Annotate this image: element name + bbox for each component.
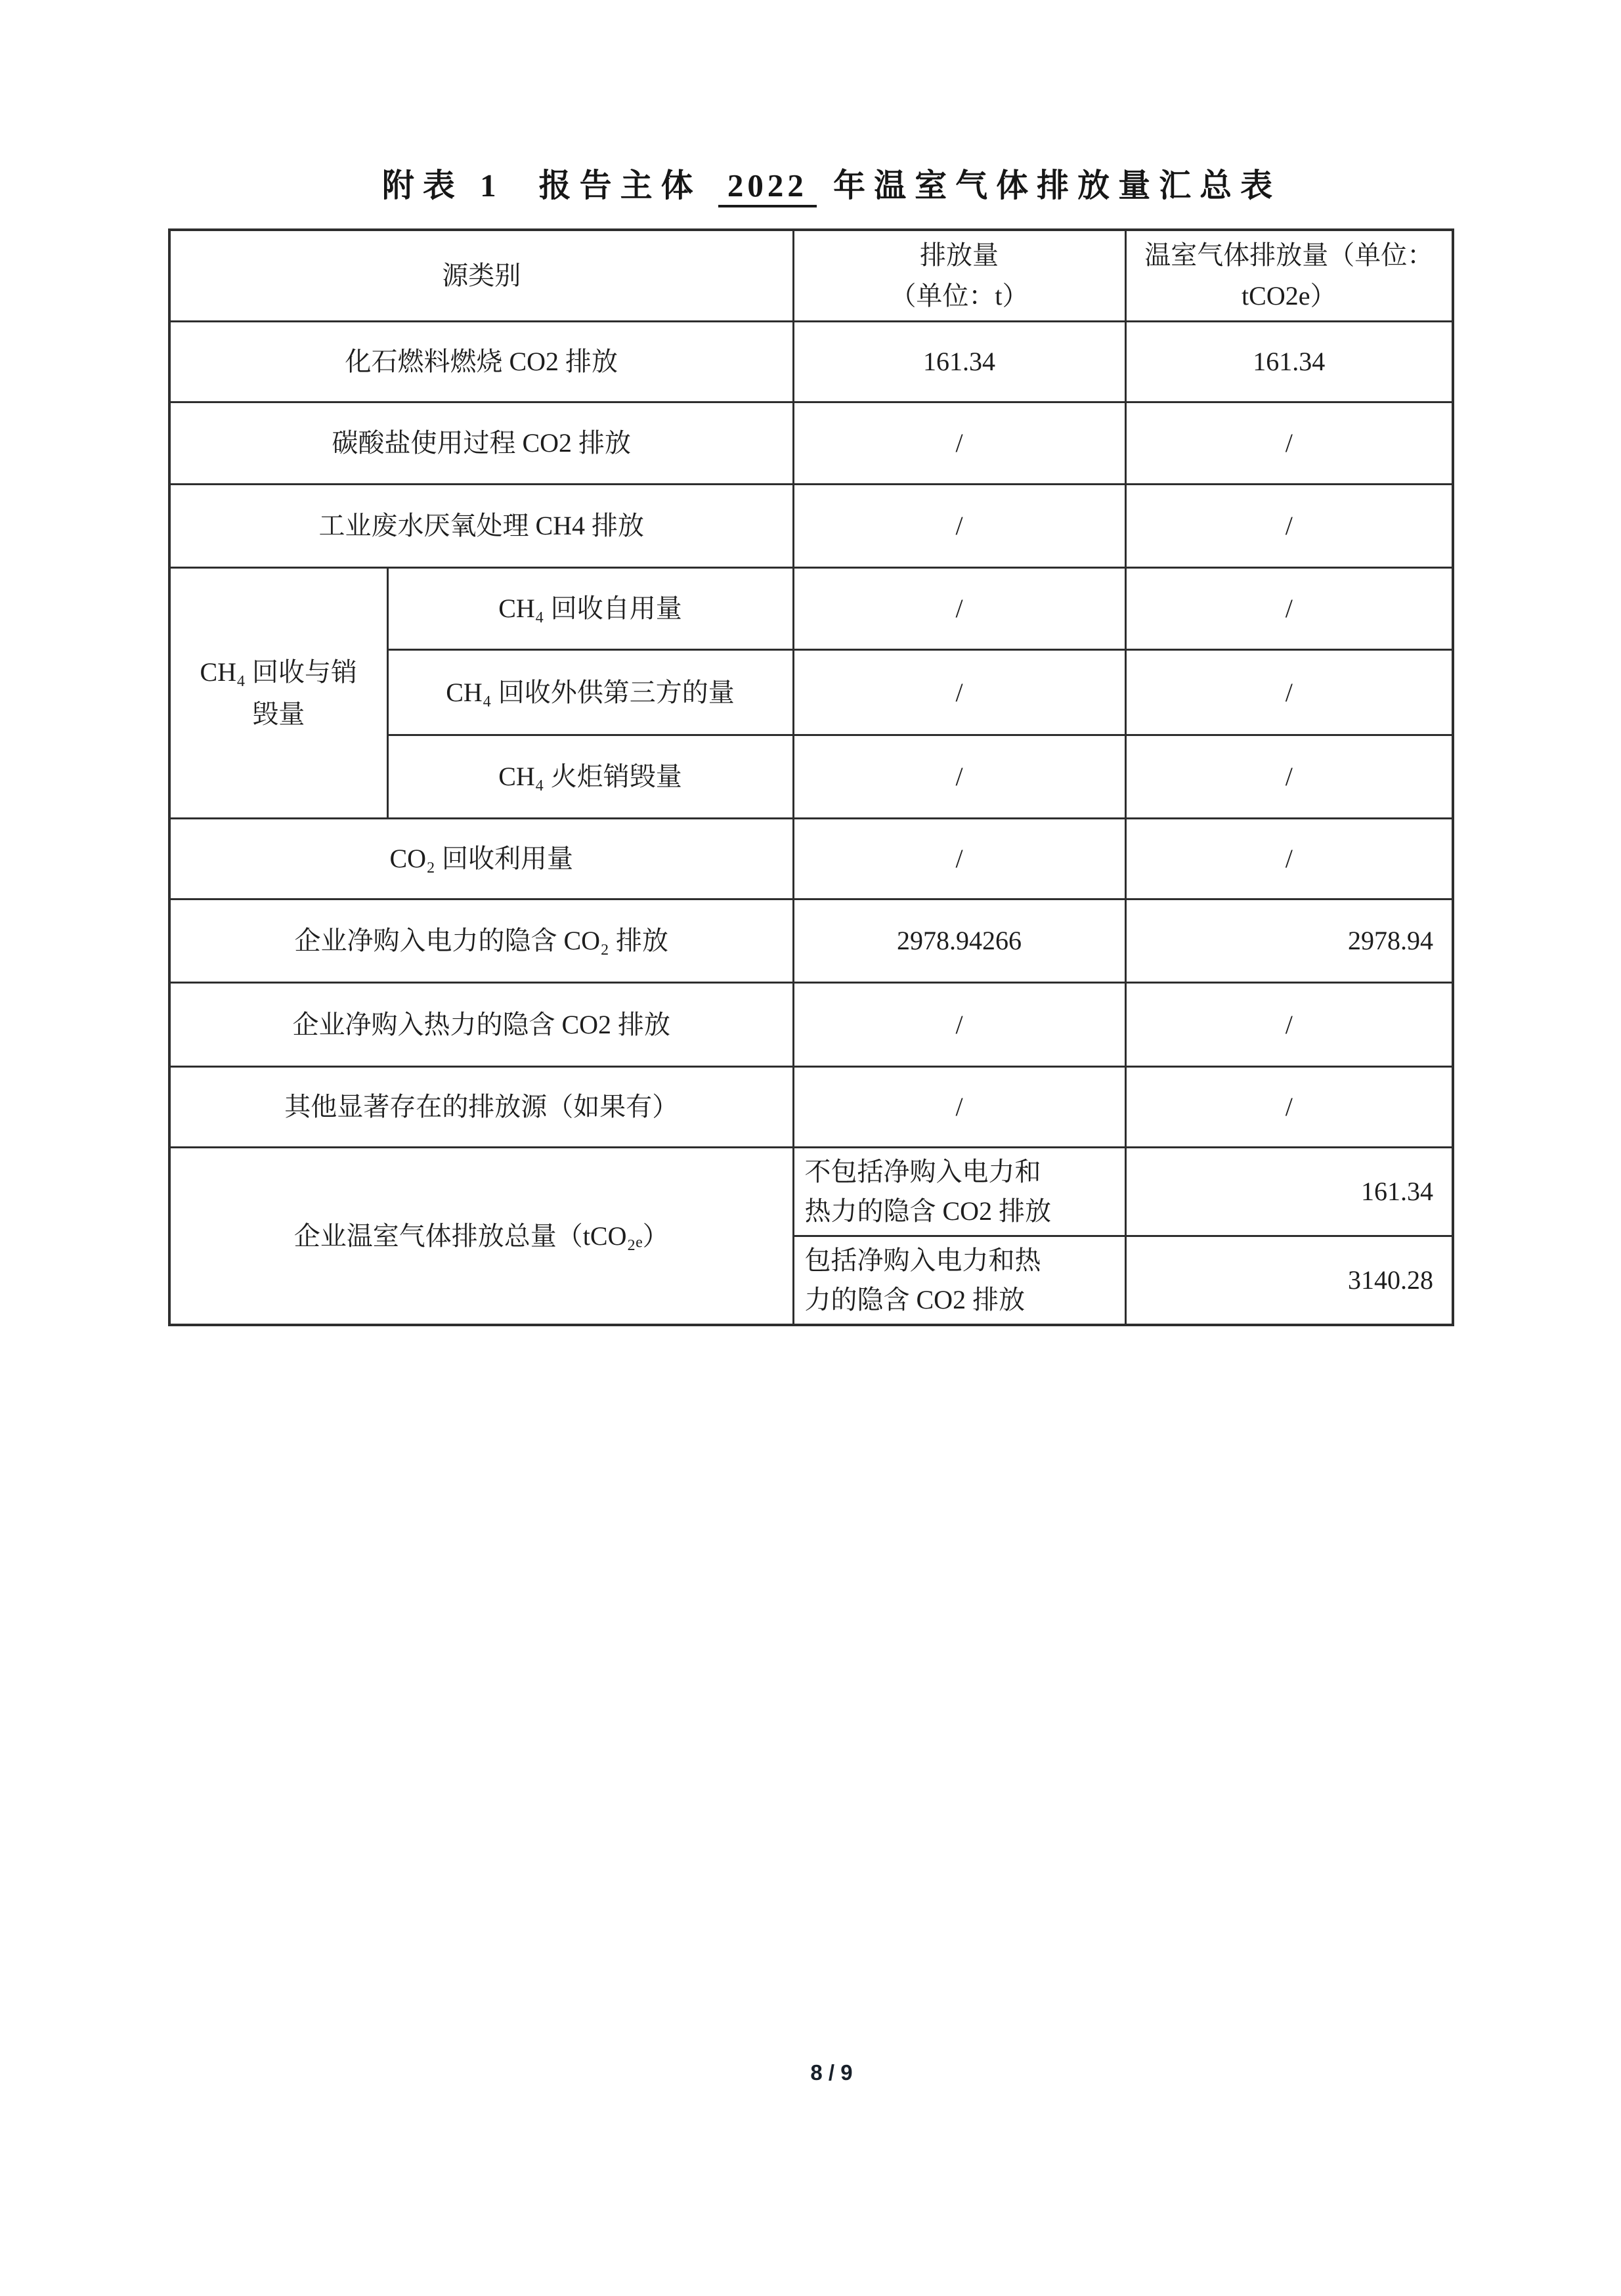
row-label: 工业废水厌氧处理 CH4 排放 (169, 485, 793, 568)
emission-value: / (793, 485, 1125, 568)
table-row-total-excluding: 企业温室气体排放总量（tCO₂ₑ） 不包括净购入电力和热力的隐含 CO2 排放 … (169, 1148, 1453, 1236)
ghg-value: / (1125, 983, 1453, 1067)
ghg-value: / (1125, 1067, 1453, 1148)
emission-value: / (793, 983, 1125, 1067)
table-row-fossil-fuel: 化石燃料燃烧 CO2 排放 161.34 161.34 (169, 322, 1453, 402)
title-body: 报告主体 (539, 167, 702, 204)
total-excl-label: 不包括净购入电力和热力的隐含 CO2 排放 (793, 1148, 1125, 1236)
total-incl-label-text: 包括净购入电力和热力的隐含 CO2 排放 (805, 1241, 1062, 1320)
page-number: 8 / 9 (42, 2060, 1621, 2085)
ghg-value: / (1125, 485, 1453, 568)
ghg-value: / (1125, 402, 1453, 485)
total-group-label: 企业温室气体排放总量（tCO₂ₑ） (169, 1148, 793, 1326)
ghg-value: / (1125, 650, 1453, 735)
page-title: 附表 1报告主体 2022 年温室气体排放量汇总表 (42, 160, 1621, 206)
row-label: 企业净购入电力的隐含 CO₂ 排放 (169, 899, 793, 983)
ch4-group-label: CH₄ 回收与销毁量 (169, 568, 387, 819)
header-emission-line2: （单位：t） (801, 276, 1118, 316)
table-row-net-heat: 企业净购入热力的隐含 CO2 排放 / / (169, 983, 1453, 1067)
row-label: 碳酸盐使用过程 CO2 排放 (169, 402, 793, 485)
ghg-value: 161.34 (1125, 1148, 1453, 1236)
table-row-co2-recovery: CO₂ 回收利用量 / / (169, 819, 1453, 899)
emission-value: 2978.94266 (793, 899, 1125, 983)
ghg-value: 161.34 (1125, 322, 1453, 402)
row-label: 其他显著存在的排放源（如果有） (169, 1067, 793, 1148)
table-row-other-sources: 其他显著存在的排放源（如果有） / / (169, 1067, 1453, 1148)
title-suffix: 年温室气体排放量汇总表 (833, 167, 1281, 204)
ch4-group-label-text: CH₄ 回收与销毁量 (193, 651, 364, 735)
header-ghg-line2: tCO2e） (1133, 276, 1446, 316)
header-ghg-amount: 温室气体排放量（单位： tCO2e） (1125, 230, 1453, 322)
table-row-carbonate: 碳酸盐使用过程 CO2 排放 / / (169, 402, 1453, 485)
emission-value: / (793, 568, 1125, 650)
emission-value: / (793, 735, 1125, 819)
row-label: 化石燃料燃烧 CO2 排放 (169, 322, 793, 402)
header-emission-amount: 排放量 （单位：t） (793, 230, 1125, 322)
title-table-number: 附表 1 (382, 167, 505, 204)
emission-value: / (793, 1067, 1125, 1148)
total-incl-label: 包括净购入电力和热力的隐含 CO2 排放 (793, 1236, 1125, 1326)
row-sublabel: CH₄ 火炬销毁量 (387, 735, 793, 819)
header-ghg-line1: 温室气体排放量（单位： (1133, 235, 1446, 276)
ghg-emissions-summary-table: 源类别 排放量 （单位：t） 温室气体排放量（单位： tCO2e） 化石燃料燃烧… (168, 228, 1454, 1326)
total-excl-label-text: 不包括净购入电力和热力的隐含 CO2 排放 (805, 1152, 1062, 1231)
emission-value: / (793, 650, 1125, 735)
ghg-value: 3140.28 (1125, 1236, 1453, 1326)
table-row-wastewater: 工业废水厌氧处理 CH4 排放 / / (169, 485, 1453, 568)
row-label: 企业净购入热力的隐含 CO2 排放 (169, 983, 793, 1067)
table-row-ch4-self-use: CH₄ 回收与销毁量 CH₄ 回收自用量 / / (169, 568, 1453, 650)
ghg-value: / (1125, 819, 1453, 899)
table-header-row: 源类别 排放量 （单位：t） 温室气体排放量（单位： tCO2e） (169, 230, 1453, 322)
ghg-value: / (1125, 735, 1453, 819)
ghg-value: / (1125, 568, 1453, 650)
row-sublabel: CH₄ 回收外供第三方的量 (387, 650, 793, 735)
emission-value: 161.34 (793, 322, 1125, 402)
header-source-category: 源类别 (169, 230, 793, 322)
title-year-underlined: 2022 (718, 167, 817, 207)
row-sublabel: CH₄ 回收自用量 (387, 568, 793, 650)
emission-value: / (793, 819, 1125, 899)
emission-value: / (793, 402, 1125, 485)
table-row-net-electricity: 企业净购入电力的隐含 CO₂ 排放 2978.94266 2978.94 (169, 899, 1453, 983)
header-emission-line1: 排放量 (801, 235, 1118, 276)
ghg-value: 2978.94 (1125, 899, 1453, 983)
row-label: CO₂ 回收利用量 (169, 819, 793, 899)
